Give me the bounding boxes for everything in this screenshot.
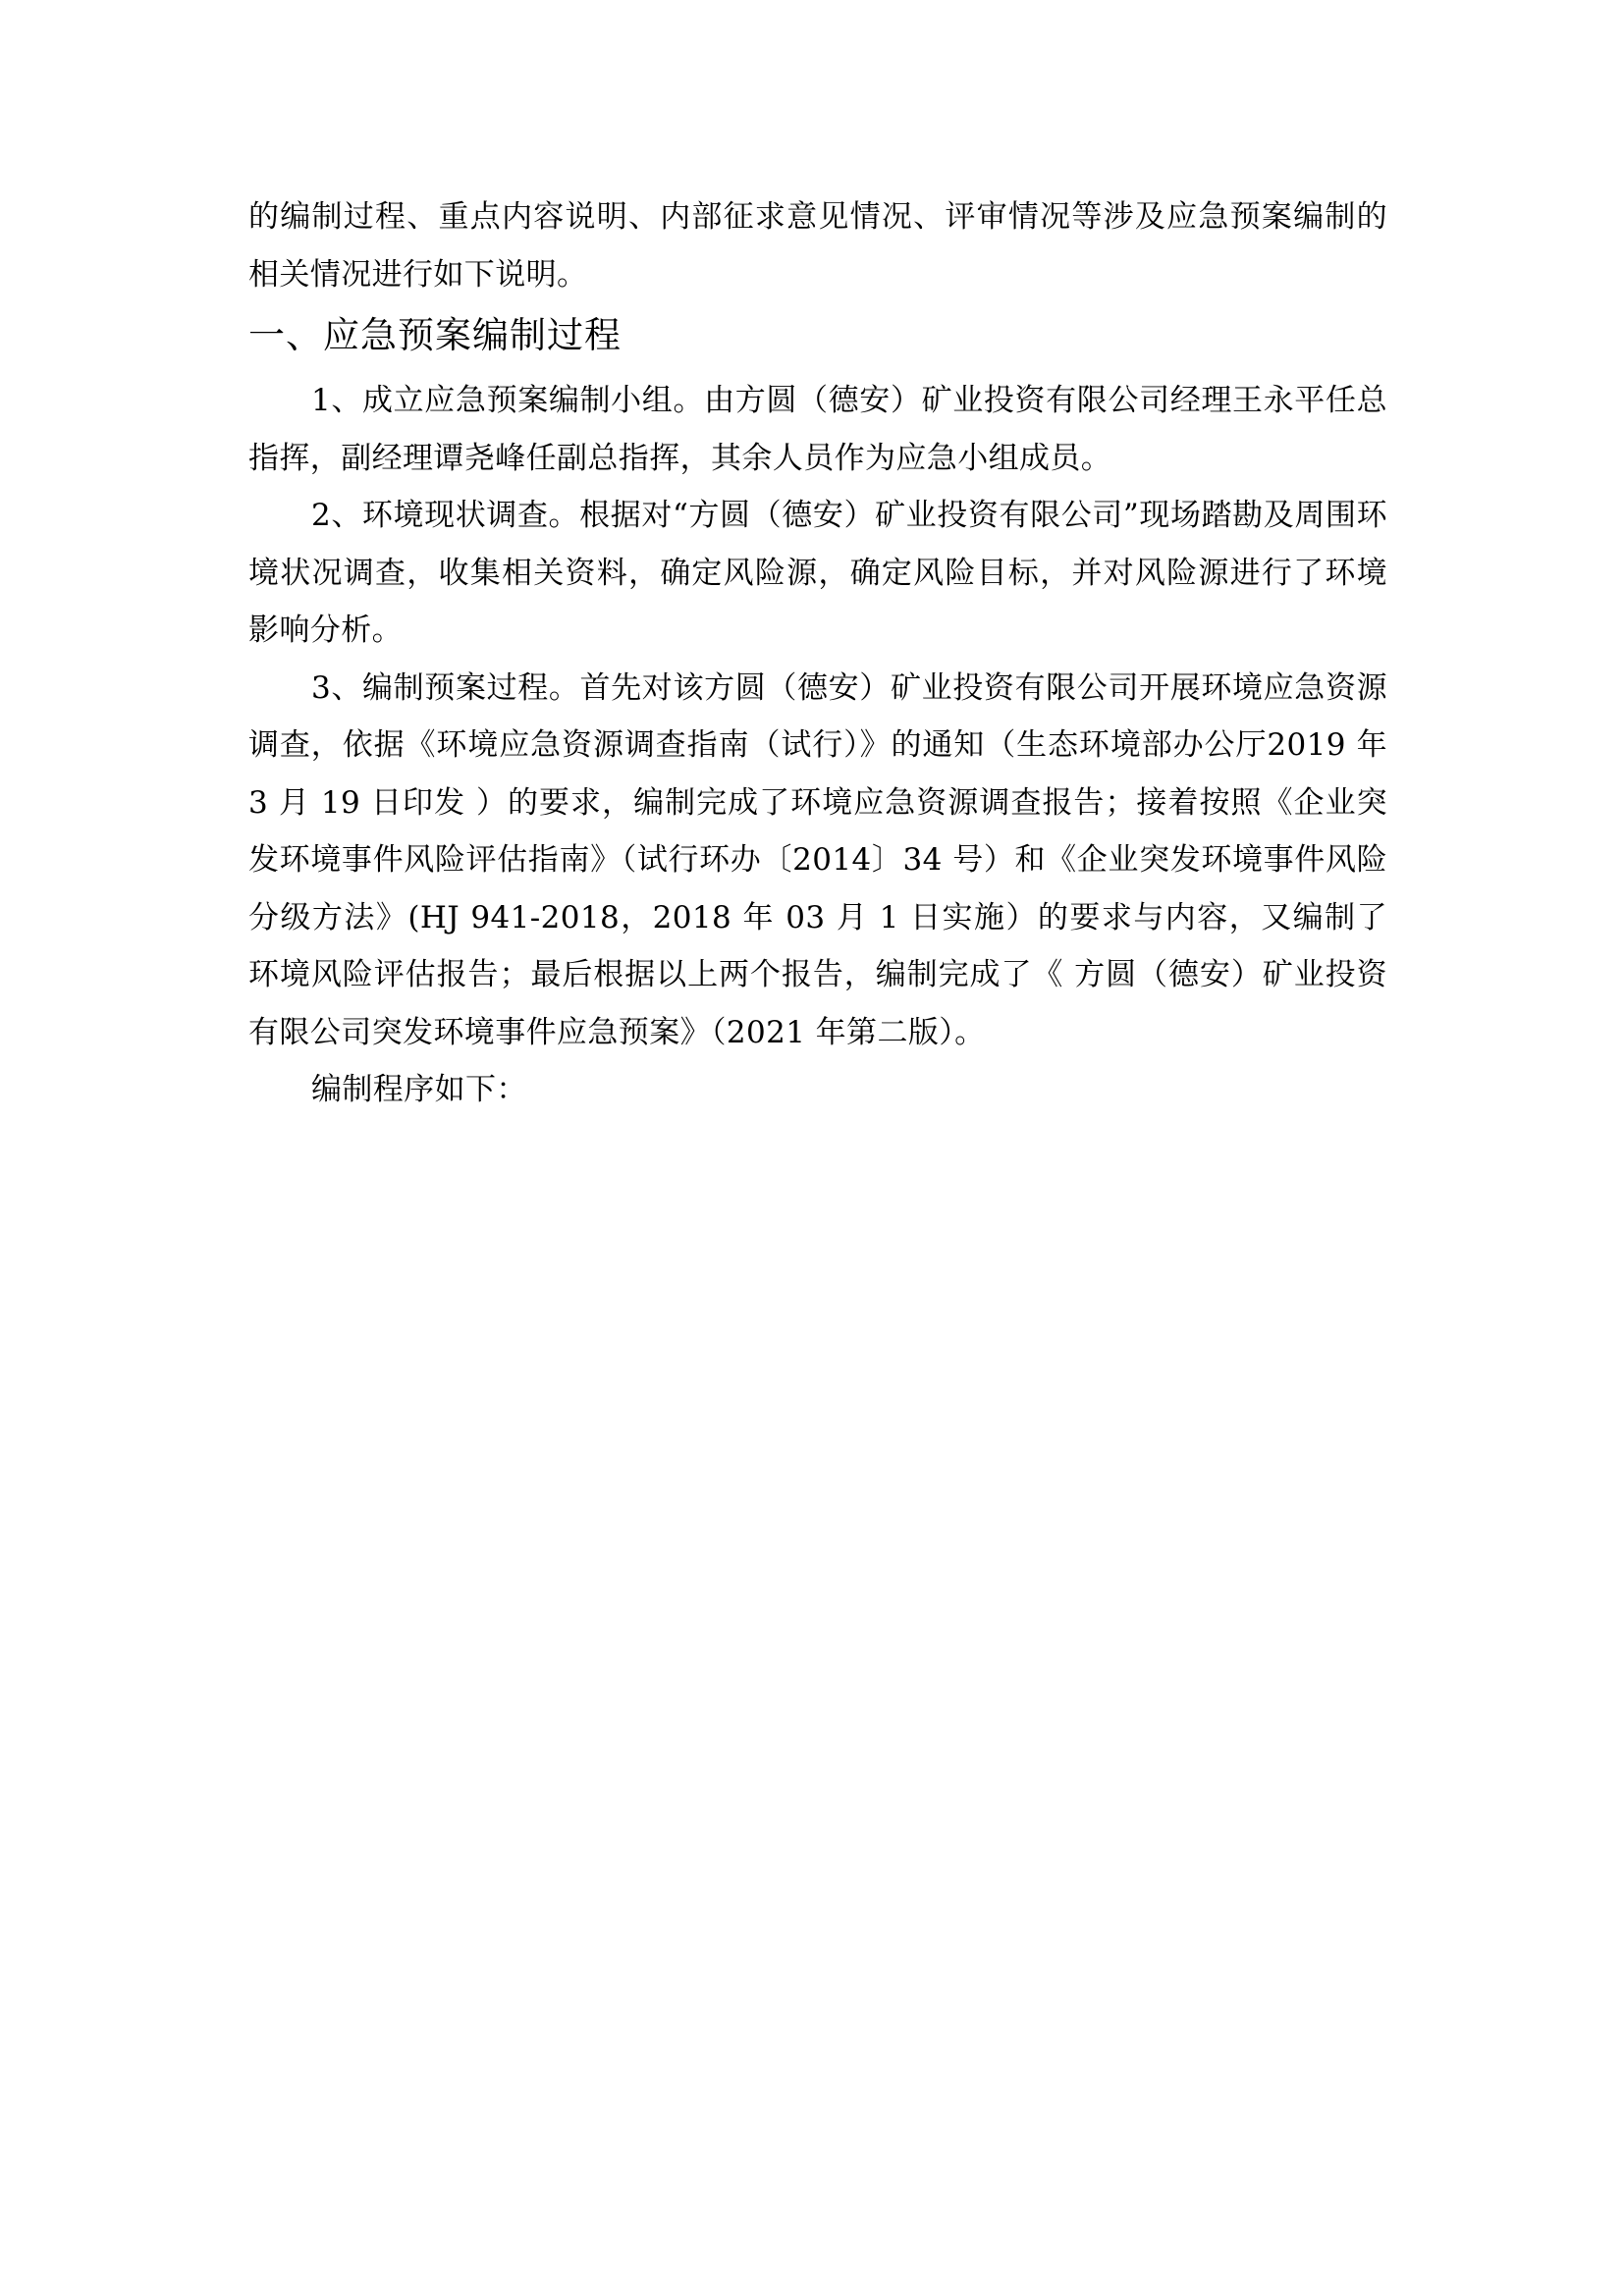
paragraph-form-team: 1、成立应急预案编制小组。由方圆（德安）矿业投资有限公司经理王永平任总指挥，副经… — [248, 372, 1387, 487]
paragraph-environment-survey: 2、环境现状调查。根据对“方圆（德安）矿业投资有限公司”现场踏勘及周围环境状况调… — [248, 487, 1387, 660]
document-page: 的编制过程、重点内容说明、内部征求意见情况、评审情况等涉及应急预案编制的相关情况… — [248, 188, 1387, 1119]
section-heading: 一、应急预案编制过程 — [248, 311, 1387, 360]
intro-paragraph: 的编制过程、重点内容说明、内部征求意见情况、评审情况等涉及应急预案编制的相关情况… — [248, 188, 1387, 303]
paragraph-compilation-process: 3、编制预案过程。首先对该方圆（德安）矿业投资有限公司开展环境应急资源调查，依据… — [248, 660, 1387, 1062]
paragraph-procedure-intro: 编制程序如下： — [248, 1061, 1387, 1119]
